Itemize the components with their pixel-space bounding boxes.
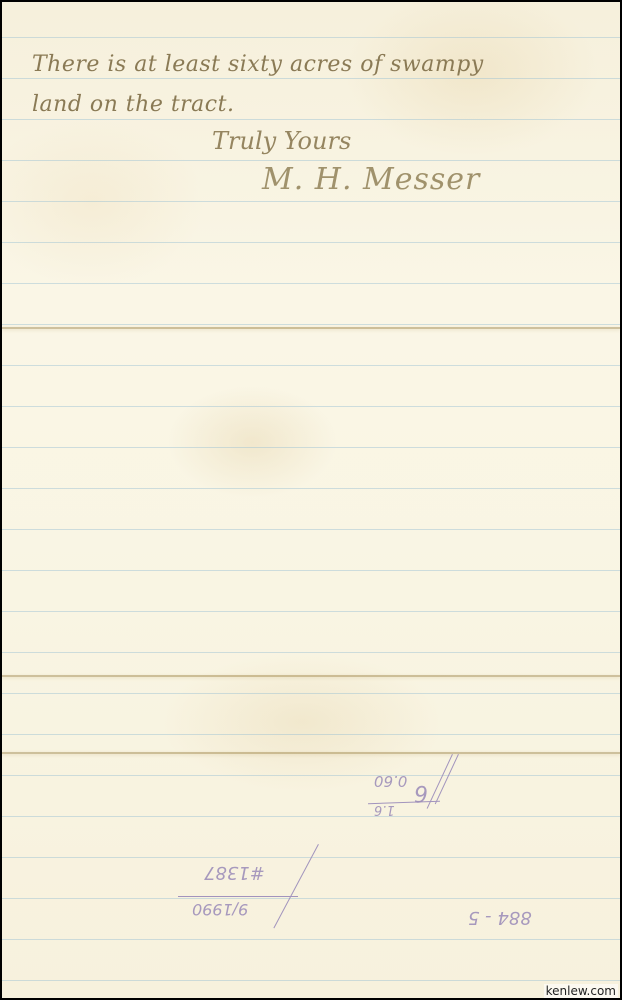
ruled-line xyxy=(2,37,620,38)
ruled-line xyxy=(2,898,620,899)
watermark: kenlew.com xyxy=(544,984,618,998)
letter-page: There is at least sixty acres of swampy … xyxy=(2,2,620,998)
pencil-reference-number: #1387 xyxy=(204,862,265,883)
ruled-line xyxy=(2,324,620,325)
ruled-line xyxy=(2,570,620,571)
pencil-fraction-numerator: 0.60 xyxy=(374,772,407,790)
fold-crease xyxy=(2,327,620,329)
ruled-line xyxy=(2,939,620,940)
ruled-line xyxy=(2,201,620,202)
ruled-line xyxy=(2,119,620,120)
ruled-line xyxy=(2,816,620,817)
body-line: There is at least sixty acres of swampy xyxy=(32,52,484,77)
pencil-stroke xyxy=(435,754,459,804)
pencil-fraction-denominator: 1.6 xyxy=(374,802,395,817)
ruled-line xyxy=(2,693,620,694)
ruled-line xyxy=(2,447,620,448)
pencil-corner-number: 884 - 5 xyxy=(468,907,532,928)
ruled-line xyxy=(2,734,620,735)
ruled-line xyxy=(2,365,620,366)
ruled-line xyxy=(2,242,620,243)
fold-crease xyxy=(2,752,620,754)
ruled-line xyxy=(2,529,620,530)
ruled-line xyxy=(2,78,620,79)
fold-crease xyxy=(2,675,620,677)
ruled-line xyxy=(2,488,620,489)
pencil-reference-date: 9/1990 xyxy=(192,900,248,919)
ruled-line xyxy=(2,775,620,776)
ruled-line xyxy=(2,406,620,407)
ruled-line xyxy=(2,652,620,653)
ruled-line xyxy=(2,980,620,981)
ruled-line xyxy=(2,160,620,161)
pencil-page-mark: 6 xyxy=(414,780,428,805)
ruled-line xyxy=(2,283,620,284)
ruled-line xyxy=(2,611,620,612)
signature: M. H. Messer xyxy=(262,162,480,197)
reference-bar xyxy=(178,896,298,897)
body-line: land on the tract. xyxy=(32,92,234,117)
closing: Truly Yours xyxy=(212,127,351,155)
